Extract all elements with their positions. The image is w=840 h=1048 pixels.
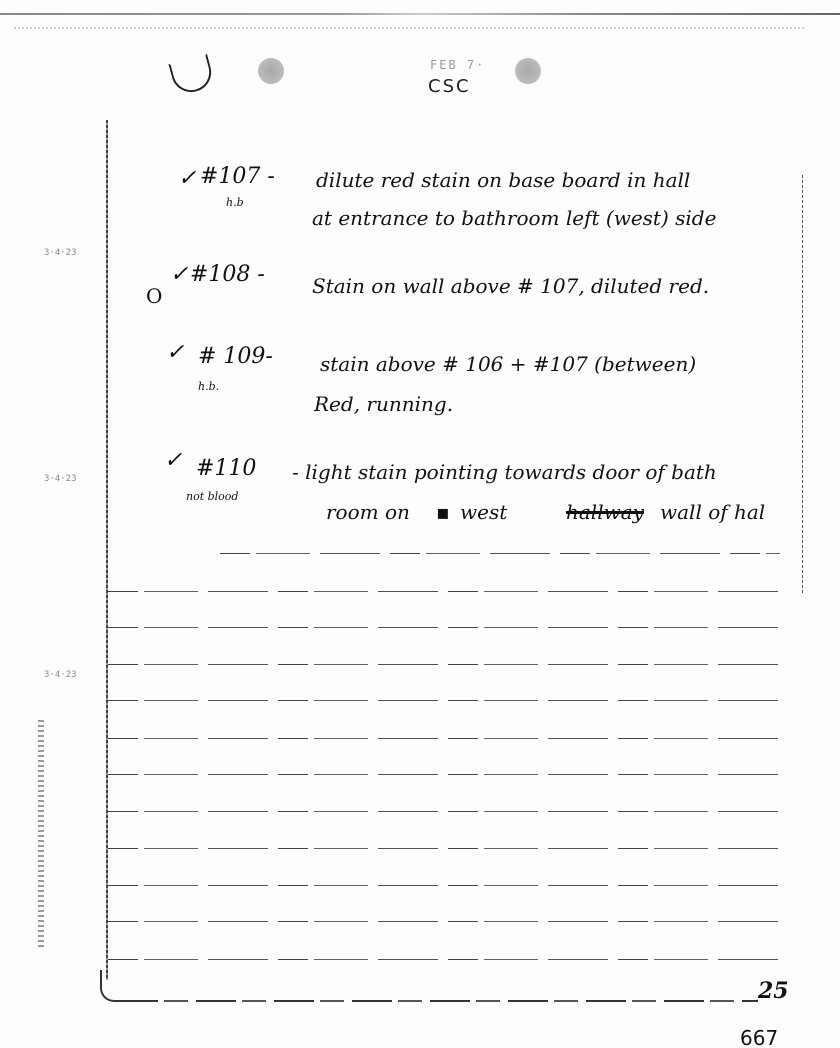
ruled-line — [108, 811, 788, 812]
entry-initials: h.b. — [198, 380, 219, 393]
header-date-stamp: FEB 7· — [430, 58, 485, 72]
left-margin-line — [106, 120, 108, 980]
checkmark-icon: ✓ — [178, 166, 196, 191]
checkmark-icon: ✓ — [166, 340, 184, 365]
margin-mark: O — [146, 284, 162, 308]
ruled-line — [108, 664, 788, 665]
entry-line: west — [460, 500, 507, 524]
punch-hole-right — [515, 58, 541, 84]
side-stamp: 3·4·23 — [44, 474, 77, 484]
scan-speckle — [14, 27, 804, 29]
right-margin-line — [802, 175, 803, 595]
scan-top-border — [0, 13, 840, 15]
side-stamp: 3·4·23 — [44, 248, 77, 258]
entry-note: not blood — [186, 490, 238, 503]
entry-line: - light stain pointing towards door of b… — [292, 460, 717, 484]
entry-line: Red, running. — [314, 392, 453, 416]
page-corner — [100, 970, 122, 1002]
ruled-line — [220, 553, 780, 554]
ruled-line — [108, 959, 788, 960]
header-code: CSC — [428, 76, 471, 97]
entry-line: Stain on wall above # 107, diluted red. — [312, 274, 709, 298]
bottom-border-line — [118, 1000, 758, 1002]
struck-word: hallway — [566, 500, 644, 524]
binding-marks — [38, 720, 44, 950]
ruled-line — [108, 627, 788, 628]
smiley-doodle-icon — [168, 53, 215, 96]
ruled-line — [108, 885, 788, 886]
document-number: 667 — [740, 1026, 778, 1048]
ruled-line — [108, 921, 788, 922]
checkmark-icon: ✓ — [164, 448, 182, 473]
ruled-line — [108, 848, 788, 849]
ruled-line — [108, 774, 788, 775]
entry-number: #107 - — [200, 164, 275, 189]
handwritten-page-number: 25 — [758, 978, 789, 1004]
entry-number: #110 — [196, 456, 256, 481]
punch-hole-left — [258, 58, 284, 84]
entry-line: wall of hal — [660, 500, 765, 524]
entry-line: dilute red stain on base board in hall — [316, 168, 690, 192]
ruled-line — [108, 700, 788, 701]
entry-number: #108 - — [190, 262, 265, 287]
entry-initials: h.b — [226, 196, 244, 209]
ruled-line — [108, 738, 788, 739]
side-stamp: 3·4·23 — [44, 670, 77, 680]
entry-line: at entrance to bathroom left (west) side — [312, 206, 716, 230]
entry-line: stain above # 106 + #107 (between) — [320, 352, 696, 376]
scribble-mark: ▪ — [436, 500, 450, 524]
entry-number: # 109- — [198, 344, 273, 369]
checkmark-icon: ✓ — [170, 262, 188, 287]
entry-line: room on — [326, 500, 410, 524]
ruled-line — [108, 591, 788, 592]
